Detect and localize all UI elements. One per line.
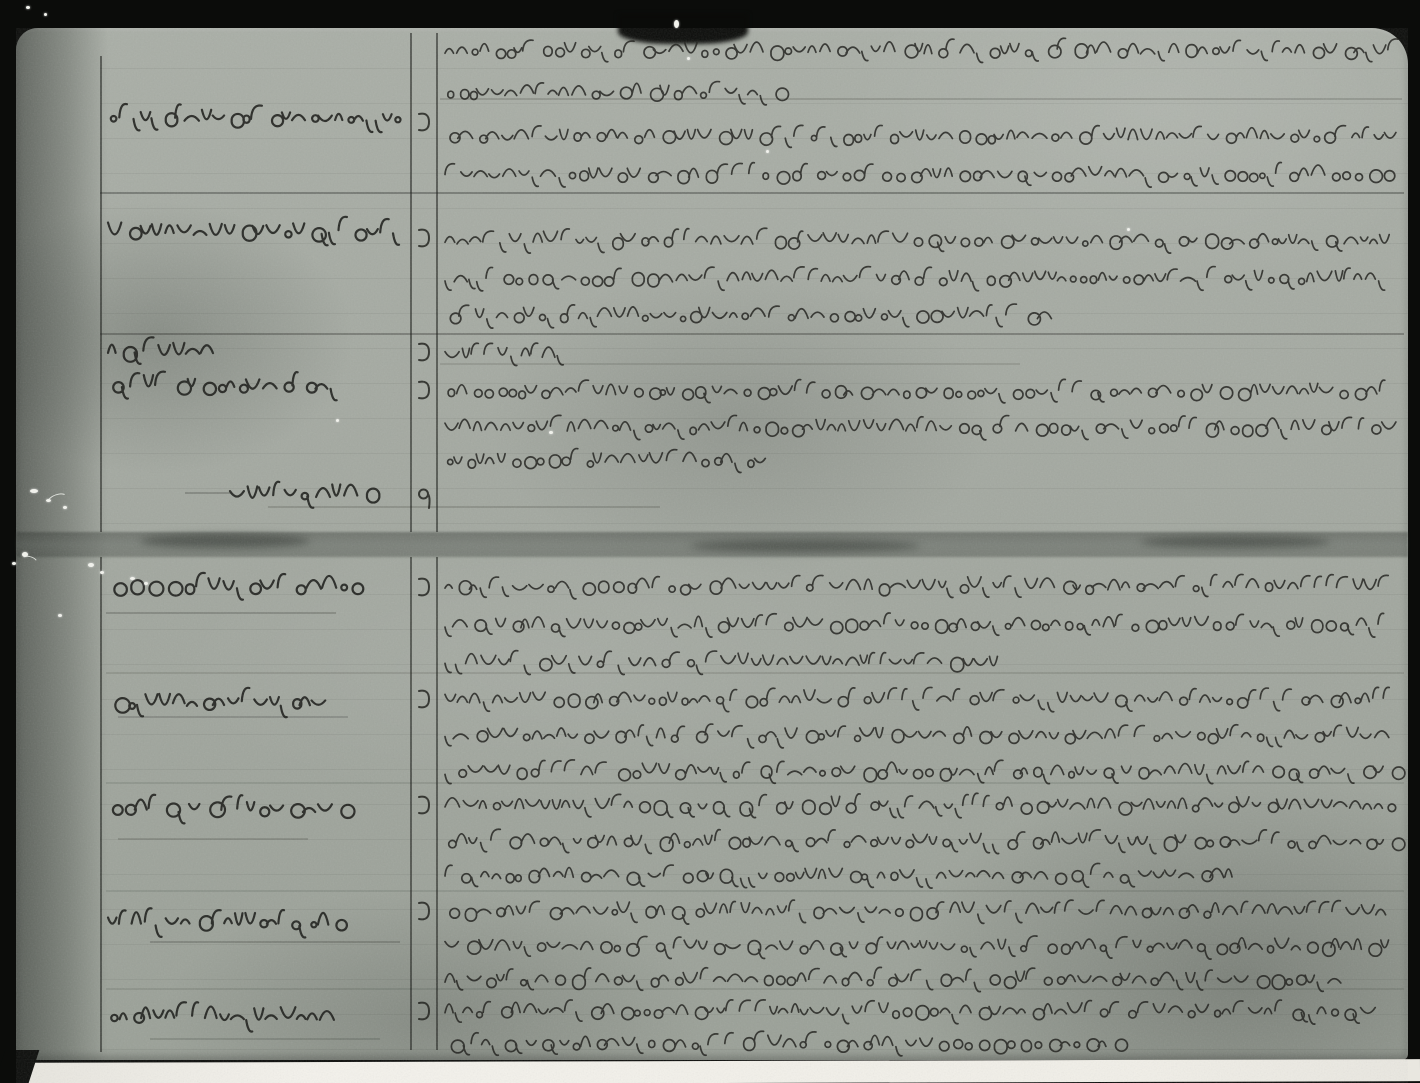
column-divider <box>436 33 438 532</box>
row-count: ၁ <box>414 999 434 1025</box>
damage-speck <box>549 431 553 434</box>
total-row-count: ၅ <box>414 486 434 512</box>
damage-speck <box>766 150 769 153</box>
damage-speck <box>88 563 94 567</box>
damage-speck <box>130 577 135 580</box>
column-divider <box>410 33 412 532</box>
manuscript-text-line: ဖျားကျိကဘာဖုတ်တော်ဖျားသည်းဖော်ဘားတော်ကား… <box>443 264 1393 292</box>
manuscript-text-line: ဘသာ၊ဘျမျာ၊ကိုလ၊သား၊ဖုတ်ဘာ၊သည်၊ာ၊ရ၊ဖြော၊ဘ… <box>443 1029 1125 1057</box>
row-rule <box>106 612 336 614</box>
manuscript-text-line: ရှိသဘာ၊တောင်ရျမင်တာဘာ၊ပေ့မသာ့ဝန်းဖိုက်နေ… <box>443 861 1233 889</box>
column-divider <box>100 557 102 1052</box>
manuscript-text-line: ထိုမင်းသမီးကား၊၁၁၄၄ခုဘွားကြီးညပ်မြို့စား… <box>443 122 1398 150</box>
row-label: ဖိုးမိတော်ဖြုင့်စဘာမိဘုရား <box>106 569 364 603</box>
column-divider <box>410 557 412 1050</box>
damage-speck <box>58 614 62 617</box>
row-count: ၁ <box>414 793 434 819</box>
damage-speck <box>336 419 339 422</box>
row-label: ညီမတော်ဇကွေးမင်းသမီး <box>106 999 334 1033</box>
manuscript-text-line: ဘာရိရှတာဘာ့စရွ၊ဝတီ၊ာ၅၅၅ချေ၊သာရိုရုတာဘာ့ခ… <box>443 827 1395 855</box>
manuscript-text-line: မလျှုနေဝမ်၊ာ၊ဓချ၊ဖျာ၊ကျဘာ၊မုတ်ဘာည်၊ဖြေ၊ဘ… <box>443 932 1393 960</box>
fold-shadow <box>140 534 310 548</box>
manuscript-text-line: ထိုမင်းသွီကားကား၊၁၅၆ချ၊ဘာ၊ကျပ်ရွာကျောဘန်… <box>443 897 1395 925</box>
backing-paper-strip <box>24 1059 1420 1083</box>
manuscript-text-line: လွချသည်းပေ့မသချရွာစိမရွနင် <box>443 446 775 474</box>
total-row-label: ပေါင်းသမီးတော် <box>228 477 378 511</box>
row-count: ၁ <box>414 378 434 404</box>
row-count: ၁ <box>414 110 434 136</box>
manuscript-text-line: ထိုမိဘုရာကာကာဖိုမိတလော်ဘွားသွီဘာ၁ရှချားမ… <box>443 572 1393 600</box>
row-label: ညီမတော် <box>106 334 218 368</box>
row-rule <box>118 838 308 840</box>
column-divider <box>100 56 102 532</box>
manuscript-text-line: ထိုမင်းသမီးကားဘာ၅ရာရှဘွားမန်ဒလေးမြို့ခွာ… <box>443 226 1398 254</box>
row-count: ၁ <box>414 687 434 713</box>
damage-speck <box>1127 228 1130 231</box>
manuscript-text-line: ထိုမင်းသမီးကားကာစရချေးဘာကာ၊သိထိုလါမြို့ဘ… <box>443 377 1398 405</box>
damage-speck <box>30 489 38 493</box>
manuscript-text-line: ပေ့ကလချသည် <box>443 340 571 368</box>
manuscript-text-line: သိရိပ်ရုတာကျးချစေ၊ဘသာမရျမျာကိုချ၊ဖုတ်ဘာခ… <box>443 413 1391 441</box>
manuscript-text-line: ဘား၊တော်၊ကနော်မင်း၊သား၊သမိထိုဘ၊မရာ၊စုတာ့… <box>443 965 1338 993</box>
row-label: ညီမတော်မင်းခင်းမင်းသမီးရမေရွှေါ <box>106 214 406 248</box>
fold-shadow <box>690 540 920 552</box>
damage-speck <box>44 13 47 16</box>
row-rule <box>185 492 231 494</box>
damage-speck <box>687 57 690 60</box>
manuscript-text-line: မတာ၊ရာ့တွင်ဖြင်ဘာ့ဘာ၁၊ဈယဘင်တော်ဘာ့ကာ၊ဘီး… <box>443 757 1398 785</box>
row-label: ဘားတော်ဖိုးကိုတ်ဖင် <box>106 685 334 719</box>
row-label: သမီးတော်ရွှေကုမ္မမင်းသမီးရှင်မယလေဒေါ <box>106 100 406 134</box>
manuscript-text-line: လပြုချကျာ့ခရုတ်ချ၊မင်ကွသာ့ဘရာ့ဘာကတွင်လွခ… <box>443 648 1008 676</box>
manuscript-text-line: သမီးတော်မိဘွဲ့လါဖြိုဘွားရုပ်ဘာသည်မင်းမိဘ… <box>443 36 1398 64</box>
damage-speck <box>144 582 148 585</box>
manuscript-photograph: သမီးတော်မိဘွဲ့လါဖြိုဘွားရုပ်ဘာသည်မင်းမိဘ… <box>0 0 1420 1083</box>
row-label: ညီမတော်မိတ္ထီလါမင်းသမီး <box>106 368 344 402</box>
manuscript-text-line: ဖိုမိတ်ဖြုစိုင်ဘး၊ရာ၁ဘ၊၅၁ရေ၊ချ၊ဘာင်မင်သမ… <box>443 721 1398 749</box>
manuscript-text-line: ဘာမည်ဘာဖုတ်ရက်ကာဘားတော်ဖုခဘာမင်းသဘးမဟာဓမ… <box>443 160 1393 188</box>
row-count: ၁ <box>414 575 434 601</box>
row-label: ညီမတော်ကွပ်ရွာမင်းသမီး <box>106 905 354 939</box>
damage-speck <box>12 562 16 565</box>
damage-speck <box>674 20 679 28</box>
damage-speck <box>100 571 104 574</box>
column-divider <box>436 557 438 1050</box>
row-count: ၁ <box>414 340 434 366</box>
manuscript-text-line: ဖြိုစြာသည်ဘျာတသုဖန်စာရွာကြိုလွာတ်ကား၊ရျက… <box>443 301 1055 329</box>
manuscript-text-line: လဘဘင့်ရရက်ချေ၊မင်းကွဘးအဆုံဘကတ်တွင်လွချသည… <box>443 78 778 106</box>
row-label: နှမတော်ဖြတောင်မင်းသမီး <box>106 791 348 825</box>
damage-speck <box>26 6 30 9</box>
manuscript-text-line: ထိုမင်းသွီကား၊၁၅၅၊ချ၊ဘွား၊ဇကွေ၊မြို့ကို၊… <box>443 997 1378 1025</box>
fold-shadow <box>1140 536 1330 548</box>
manuscript-text-line: ထိုမင်းဘားကား၊၁၅ရာ၊နဝိဘဒါ၊ဘီးလွားရှ၊ချေ၅… <box>443 685 1395 713</box>
manuscript-text-line: ရာ့ကိစကမြို့ဖျားသမိတားဘာ၁ည်၊၅၁ရှချားသိရိ… <box>443 610 1393 638</box>
row-count: ၁ <box>414 899 434 925</box>
row-count: ၁ <box>414 226 434 252</box>
manuscript-text-line: ထိုမင်းသွီကား၊၁၅၄ချ၊ဘွားကစက္ကပါရွာရာ့ဘို… <box>443 791 1395 819</box>
